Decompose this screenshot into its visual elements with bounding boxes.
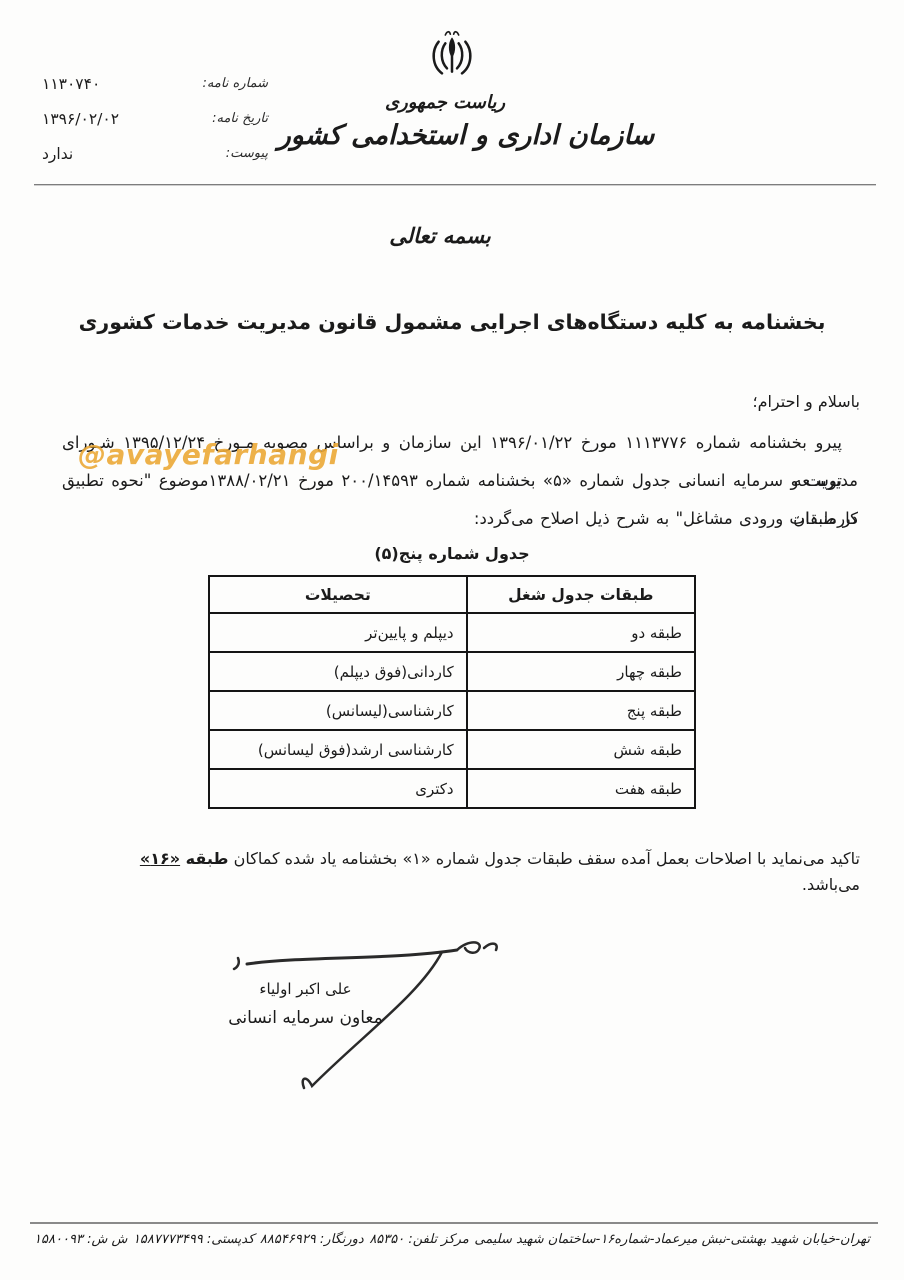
cell-job-class: طبقه شش	[467, 730, 695, 769]
circular-title: بخشنامه به کلیه دستگاه‌های اجرایی مشمول …	[0, 310, 904, 334]
footer-serial-value: ۱۵۸۰۰۹۳	[34, 1232, 83, 1247]
footer-postal-code: کدپستی: ۱۵۸۷۷۷۳۴۹۹	[133, 1232, 254, 1247]
footer-postal-value: ۱۵۸۷۷۷۳۴۹۹	[133, 1232, 203, 1247]
table-row: طبقه دو دیپلم و پایین‌تر	[209, 613, 695, 652]
header-divider	[34, 184, 876, 185]
emphasis-post: می‌باشد.	[802, 875, 860, 894]
footer-contact-line: تهران-خیابان شهید بهشتی-نبش میرعماد-شمار…	[34, 1232, 870, 1247]
letter-meta-block: شماره نامه: ۱۱۳۰۷۴۰ تاریخ نامه: ۱۳۹۶/۰۲/…	[42, 66, 268, 171]
table-header-row: طبقات جدول شغل تحصیلات	[209, 576, 695, 613]
salutation-line: باسلام و احترام؛	[752, 392, 860, 411]
cell-education: کارشناسی ارشد(فوق لیسانس)	[209, 730, 467, 769]
cell-job-class: طبقه چهار	[467, 652, 695, 691]
footer-divider	[30, 1222, 878, 1224]
cell-education: کارشناسی(لیسانس)	[209, 691, 467, 730]
emphasis-bold-word: طبقه	[180, 849, 228, 868]
org-name-line: سازمان اداری و استخدامی کشور	[14, 120, 904, 151]
cell-job-class: طبقه هفت	[467, 769, 695, 808]
col-header-education: تحصیلات	[209, 576, 467, 613]
footer-address: تهران-خیابان شهید بهشتی-نبش میرعماد-شمار…	[474, 1232, 870, 1247]
cell-education: کاردانی(فوق دیپلم)	[209, 652, 467, 691]
besmele-calligraphy: بسمه تعالی	[0, 224, 892, 248]
footer-fax: دورنگار: ۸۸۵۴۶۹۲۹	[260, 1232, 364, 1247]
footer-phone-value: ۸۵۳۵۰	[369, 1232, 404, 1247]
body-paragraph: پیرو بخشنامه شماره ۱۱۱۳۷۷۶ مورخ ۱۳۹۶/۰۱/…	[62, 424, 858, 538]
cell-education: دیپلم و پایین‌تر	[209, 613, 467, 652]
body-line-3: در طبقات ورودی مشاغل" به شرح ذیل اصلاح م…	[62, 500, 858, 538]
footer-fax-value: ۸۸۵۴۶۹۲۹	[260, 1232, 316, 1247]
body-line-1: پیرو بخشنامه شماره ۱۱۱۳۷۷۶ مورخ ۱۳۹۶/۰۱/…	[62, 424, 858, 462]
emphasis-pre: تاکید می‌نماید با اصلاحات بعمل آمده سقف …	[228, 849, 860, 868]
cell-job-class: طبقه پنج	[467, 691, 695, 730]
body-line-2: مدیریت و سرمایه انسانی جدول شماره «۵» بخ…	[62, 462, 858, 500]
footer-serial-label: ش ش:	[87, 1232, 127, 1247]
signer-role: معاون سرمایه انسانی	[208, 1003, 403, 1033]
cell-education: دکتری	[209, 769, 467, 808]
footer-fax-label: دورنگار:	[320, 1232, 364, 1247]
iran-emblem-icon	[427, 26, 477, 88]
letter-number-label: شماره نامه:	[203, 76, 268, 91]
table-row: طبقه چهار کاردانی(فوق دیپلم)	[209, 652, 695, 691]
table-row: طبقه هفت دکتری	[209, 769, 695, 808]
scanned-letter-page: شماره نامه: ۱۱۳۰۷۴۰ تاریخ نامه: ۱۳۹۶/۰۲/…	[0, 0, 904, 1280]
table-row: طبقه پنج کارشناسی(لیسانس)	[209, 691, 695, 730]
emphasis-underlined-number: «۱۶»	[140, 849, 180, 868]
footer-phone: مرکز تلفن: ۸۵۳۵۰	[369, 1232, 468, 1247]
footer-serial: ش ش: ۱۵۸۰۰۹۳	[34, 1232, 127, 1247]
signer-name: علی اکبر اولیاء	[208, 975, 403, 1003]
letter-number-value: ۱۱۳۰۷۴۰	[42, 75, 100, 93]
table-row: طبقه شش کارشناسی ارشد(فوق لیسانس)	[209, 730, 695, 769]
footer-phone-label: مرکز تلفن:	[408, 1232, 468, 1247]
org-presidency-line: ریاست جمهوری	[0, 92, 897, 113]
signature-block: علی اکبر اولیاء معاون سرمایه انسانی	[208, 975, 403, 1033]
emphasis-note: تاکید می‌نماید با اصلاحات بعمل آمده سقف …	[100, 846, 860, 898]
table-caption: جدول شماره پنج(۵)	[208, 544, 696, 563]
col-header-job-class: طبقات جدول شغل	[467, 576, 695, 613]
footer-postal-label: کدپستی:	[207, 1232, 254, 1247]
cell-job-class: طبقه دو	[467, 613, 695, 652]
job-class-table: طبقات جدول شغل تحصیلات طبقه دو دیپلم و پ…	[208, 575, 696, 809]
